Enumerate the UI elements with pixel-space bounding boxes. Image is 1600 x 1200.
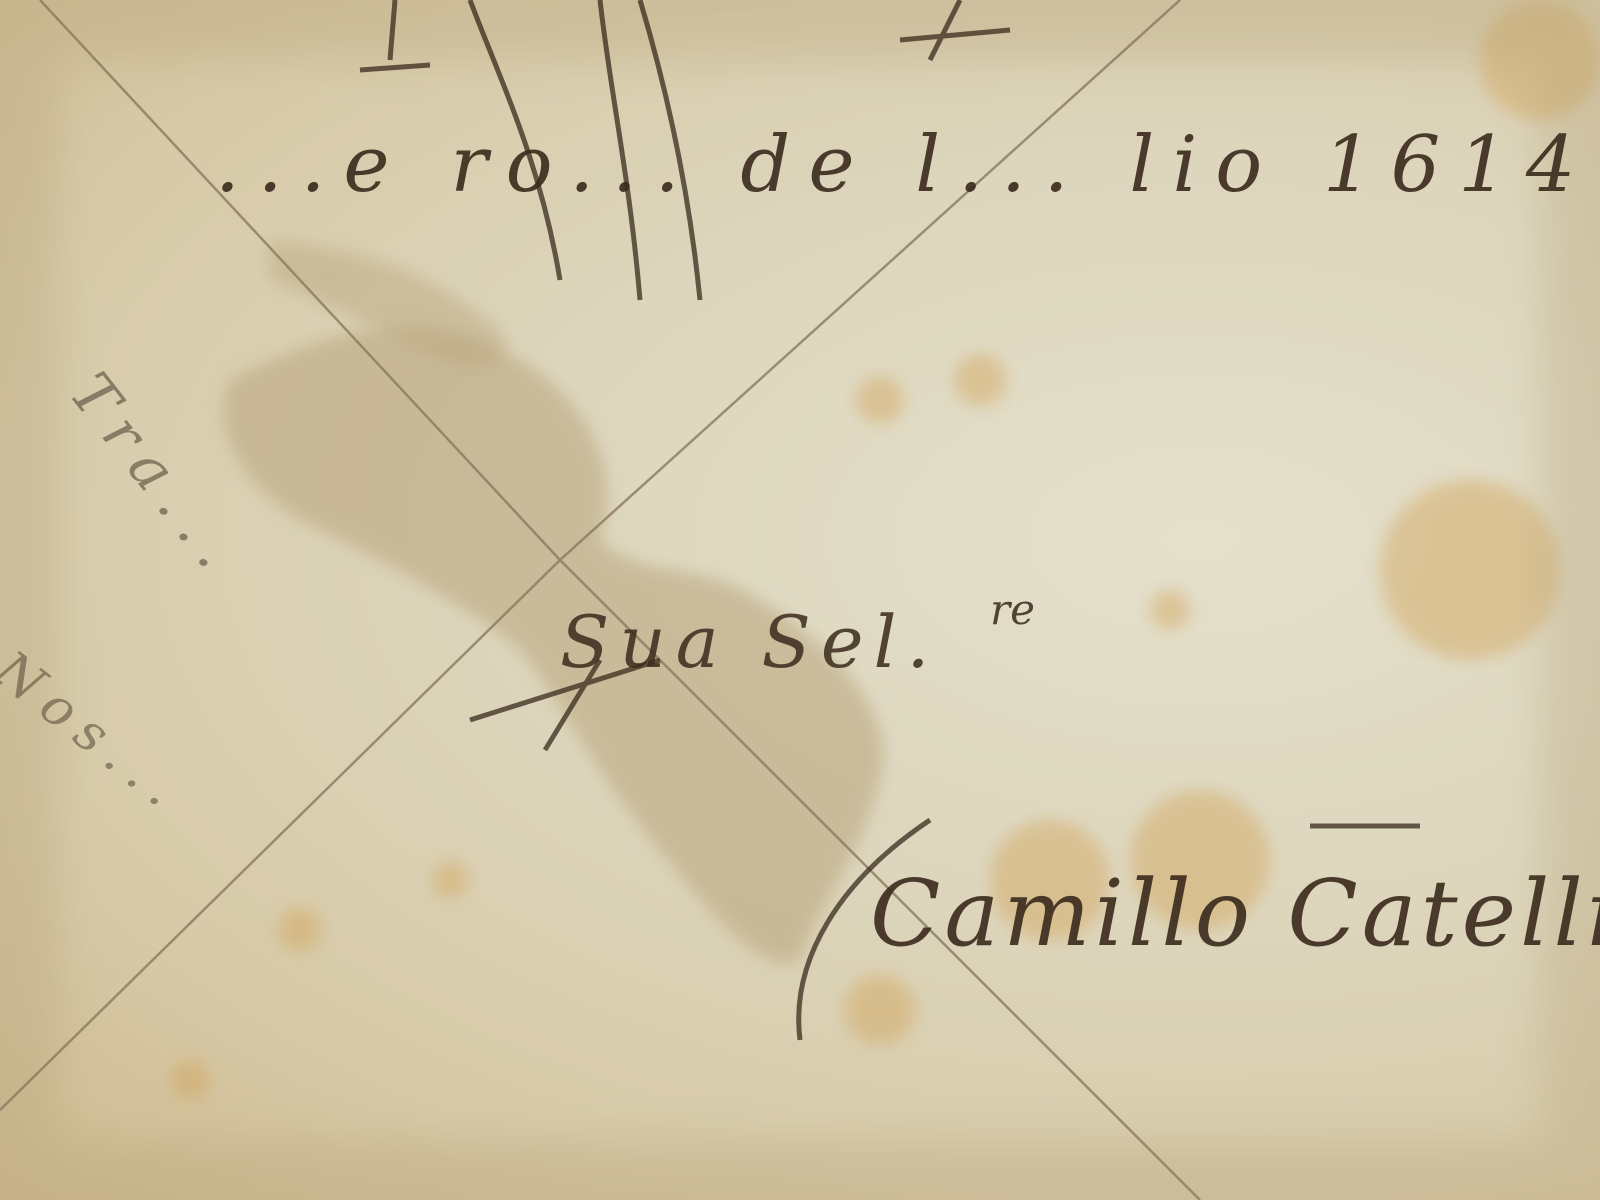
handwritten-signature: Camillo Catelli — [870, 860, 1600, 967]
handwritten-superscript: re — [990, 585, 1035, 634]
handwritten-address: Sua Sel. — [560, 600, 939, 684]
manuscript-photo: ...e ro... de l... lio 1614 Tra... Nos..… — [0, 0, 1600, 1200]
handwritten-date-line: ...e ro... de l... lio 1614 — [215, 120, 1594, 210]
